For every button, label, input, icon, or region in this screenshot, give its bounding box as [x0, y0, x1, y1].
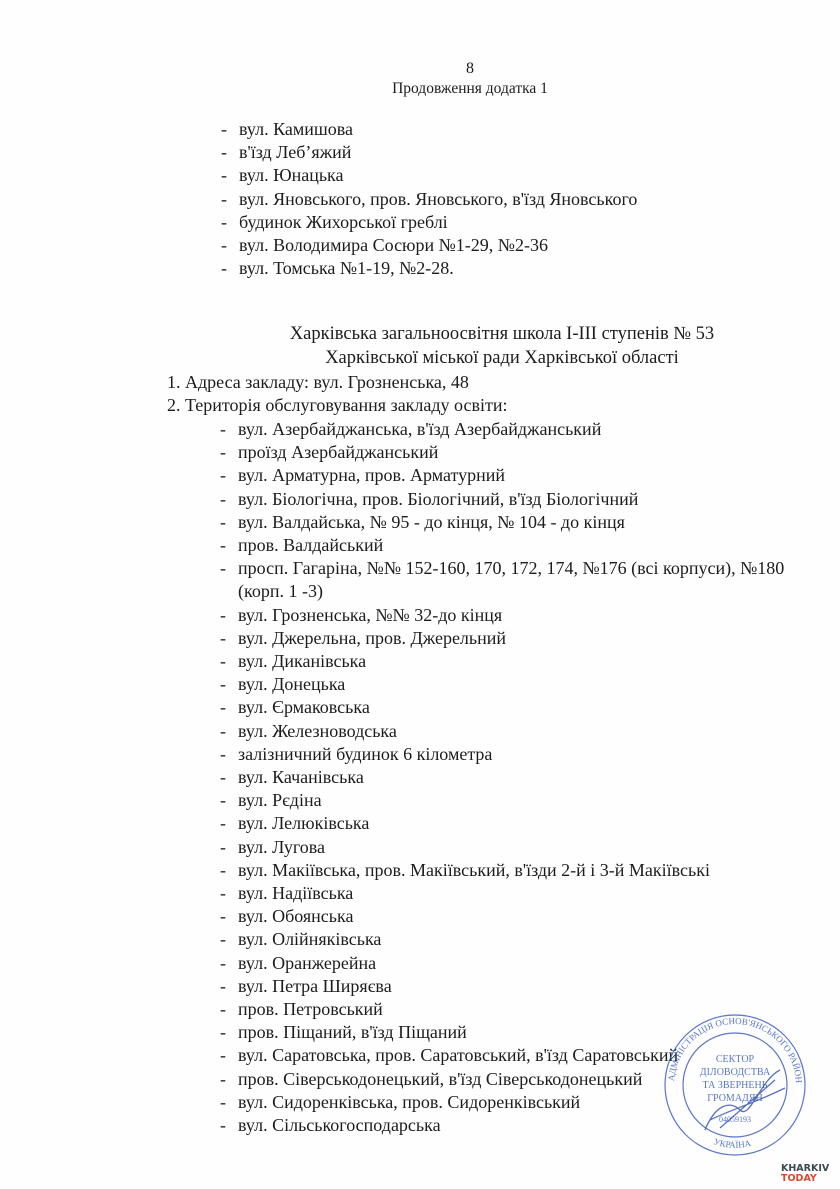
list-item-text: вул. Азербайджанська, в'їзд Азербайджанс… — [238, 419, 601, 439]
list-item-text: пров. Петровський — [238, 999, 383, 1019]
list-dash-marker: - — [220, 604, 226, 627]
list-item: -вул. Єрмаковська — [238, 696, 798, 719]
list-dash-marker: - — [220, 1091, 226, 1114]
list-item-text: вул. Сидоренківська, пров. Сидоренківськ… — [238, 1092, 580, 1112]
watermark-line2: TODAY — [781, 1174, 829, 1184]
list-dash-marker: - — [220, 1068, 226, 1091]
list-dash-marker: - — [220, 464, 226, 487]
list-item-text: вул. Лугова — [238, 837, 325, 857]
list-item-text: вул. Диканівська — [238, 651, 366, 671]
list-item-text: просп. Гагаріна, №№ 152-160, 170, 172, 1… — [238, 558, 784, 601]
list-item-text: пров. Піщаний, в'їзд Піщаний — [238, 1022, 467, 1042]
list-item: -вул. Рєдіна — [238, 789, 798, 812]
list-item-text: пров. Валдайський — [238, 535, 383, 555]
list-item-text: вул. Петра Ширяєва — [238, 976, 392, 996]
list-dash-marker: - — [221, 257, 227, 280]
list-dash-marker: - — [220, 1114, 226, 1137]
list-dash-marker: - — [220, 766, 226, 789]
list-item: -вул. Лелюківська — [238, 812, 798, 835]
list-dash-marker: - — [220, 928, 226, 951]
list-item: -вул. Надіївська — [238, 882, 798, 905]
list-item-text: вул. Олійняківська — [238, 929, 381, 949]
list-item: -вул. Арматурна, пров. Арматурний — [238, 464, 798, 487]
school-title-line2: Харківської міської ради Харківської обл… — [82, 346, 840, 370]
list-dash-marker: - — [220, 743, 226, 766]
list-item-text: вул. Донецька — [238, 674, 345, 694]
list-item-text: вул. Обоянська — [238, 906, 353, 926]
svg-text:СЕКТОР: СЕКТОР — [716, 1054, 755, 1065]
list-item-text: вул. Оранжерейна — [238, 953, 376, 973]
list-dash-marker: - — [220, 673, 226, 696]
official-stamp: АДМІНІСТРАЦІЯ ОСНОВ'ЯНСЬКОГО РАЙОНУ ХАРК… — [660, 1010, 810, 1160]
list-dash-marker: - — [220, 812, 226, 835]
list-item: -вул. Качанівська — [238, 766, 798, 789]
list-dash-marker: - — [220, 975, 226, 998]
list-dash-marker: - — [220, 418, 226, 441]
svg-text:04059193: 04059193 — [719, 1115, 751, 1124]
list-dash-marker: - — [220, 1021, 226, 1044]
list-dash-marker: - — [220, 696, 226, 719]
list-dash-marker: - — [220, 488, 226, 511]
page-number: 8 — [50, 60, 840, 78]
appendix-continuation-label: Продовження додатка 1 — [50, 80, 840, 98]
list-dash-marker: - — [220, 905, 226, 928]
list-dash-marker: - — [221, 211, 227, 234]
list-dash-marker: - — [220, 952, 226, 975]
list-dash-marker: - — [221, 118, 227, 141]
list-item: -вул. Джерельна, пров. Джерельний — [238, 627, 798, 650]
list-item: -будинок Жихорської греблі — [239, 211, 637, 234]
list-item: -залізничний будинок 6 кілометра — [238, 743, 798, 766]
list-item: -вул. Камишова — [239, 118, 637, 141]
list-item-text: вул. Грозненська, №№ 32-до кінця — [238, 605, 502, 625]
list-item-text: вул. Качанівська — [238, 767, 364, 787]
kharkiv-today-watermark: KHARKIV TODAY — [781, 1164, 829, 1184]
list-dash-marker: - — [220, 534, 226, 557]
list-item: -вул. Олійняківська — [238, 928, 798, 951]
list-item-text: вул. Арматурна, пров. Арматурний — [238, 465, 505, 485]
list-item-text: вул. Валдайська, № 95 - до кінця, № 104 … — [238, 512, 625, 532]
list-item: -вул. Петра Ширяєва — [238, 975, 798, 998]
list-item-text: вул. Рєдіна — [238, 790, 322, 810]
list-dash-marker: - — [221, 141, 227, 164]
list-dash-marker: - — [220, 650, 226, 673]
list-item: -вул. Томська №1-19, №2-28. — [239, 257, 637, 280]
list-item: -вул. Железноводська — [238, 720, 798, 743]
svg-text:ДІЛОВОДСТВА: ДІЛОВОДСТВА — [700, 1067, 771, 1078]
list-item: -вул. Валдайська, № 95 - до кінця, № 104… — [238, 511, 798, 534]
list-dash-marker: - — [221, 164, 227, 187]
list-item-text: вул. Надіївська — [238, 883, 353, 903]
list-dash-marker: - — [220, 789, 226, 812]
list-item: -вул. Оранжерейна — [238, 952, 798, 975]
list-item: -вул. Макіївська, пров. Макіївський, в'ї… — [238, 859, 798, 882]
list-dash-marker: - — [220, 627, 226, 650]
continued-street-list: -вул. Камишова-в'їзд Леб’яжий-вул. Юнаць… — [239, 118, 637, 280]
list-dash-marker: - — [220, 557, 226, 580]
list-dash-marker: - — [220, 1044, 226, 1067]
list-item-text: вул. Сільськогосподарська — [238, 1115, 441, 1135]
list-item: -вул. Юнацька — [239, 164, 637, 187]
list-item-text: вул. Володимира Сосюри №1-29, №2-36 — [239, 235, 548, 255]
list-item: -вул. Біологічна, пров. Біологічний, в'ї… — [238, 488, 798, 511]
list-item: -проїзд Азербайджанський — [238, 441, 798, 464]
list-item-text: вул. Яновського, пров. Яновського, в'їзд… — [239, 189, 637, 209]
list-item: -вул. Грозненська, №№ 32-до кінця — [238, 604, 798, 627]
list-dash-marker: - — [220, 859, 226, 882]
list-item-text: залізничний будинок 6 кілометра — [238, 744, 492, 764]
list-item-text: будинок Жихорської греблі — [239, 212, 448, 232]
list-item-text: вул. Юнацька — [239, 165, 344, 185]
list-item-text: вул. Саратовська, пров. Саратовський, в'… — [238, 1045, 678, 1065]
list-item: -вул. Лугова — [238, 836, 798, 859]
list-item-text: вул. Железноводська — [238, 721, 397, 741]
list-item: -вул. Обоянська — [238, 905, 798, 928]
school-address: 1. Адреса закладу: вул. Грозненська, 48 — [167, 371, 469, 394]
list-dash-marker: - — [220, 441, 226, 464]
list-item: -пров. Валдайський — [238, 534, 798, 557]
list-dash-marker: - — [221, 188, 227, 211]
list-item: -вул. Азербайджанська, в'їзд Азербайджан… — [238, 418, 798, 441]
list-item: -в'їзд Леб’яжий — [239, 141, 637, 164]
list-item-text: вул. Камишова — [239, 119, 353, 139]
list-item-text: проїзд Азербайджанський — [238, 442, 438, 462]
list-item-text: вул. Томська №1-19, №2-28. — [239, 258, 454, 278]
list-item: -вул. Диканівська — [238, 650, 798, 673]
list-dash-marker: - — [220, 998, 226, 1021]
svg-text:ТА ЗВЕРНЕНЬ: ТА ЗВЕРНЕНЬ — [703, 1080, 768, 1091]
territory-label: 2. Територія обслуговування закладу осві… — [167, 394, 508, 417]
list-item: -вул. Яновського, пров. Яновського, в'їз… — [239, 188, 637, 211]
list-item-text: вул. Біологічна, пров. Біологічний, в'їз… — [238, 489, 638, 509]
list-dash-marker: - — [220, 882, 226, 905]
svg-text:УКРАЇНА: УКРАЇНА — [713, 1136, 753, 1150]
list-dash-marker: - — [220, 836, 226, 859]
list-item-text: вул. Лелюківська — [238, 813, 369, 833]
school-title-line1: Харківська загальноосвітня школа I-III с… — [82, 322, 840, 346]
list-item-text: вул. Джерельна, пров. Джерельний — [238, 628, 506, 648]
list-item-text: в'їзд Леб’яжий — [239, 142, 351, 162]
list-item-text: вул. Єрмаковська — [238, 697, 370, 717]
list-item: -вул. Донецька — [238, 673, 798, 696]
list-item: -просп. Гагаріна, №№ 152-160, 170, 172, … — [238, 557, 798, 603]
list-dash-marker: - — [220, 720, 226, 743]
list-item: -вул. Володимира Сосюри №1-29, №2-36 — [239, 234, 637, 257]
document-page: 8 Продовження додатка 1 -вул. Камишова-в… — [0, 0, 840, 1189]
list-item-text: вул. Макіївська, пров. Макіївський, в'їз… — [238, 860, 710, 880]
list-dash-marker: - — [221, 234, 227, 257]
list-dash-marker: - — [220, 511, 226, 534]
list-item-text: пров. Сіверськодонецький, в'їзд Сіверськ… — [238, 1069, 642, 1089]
